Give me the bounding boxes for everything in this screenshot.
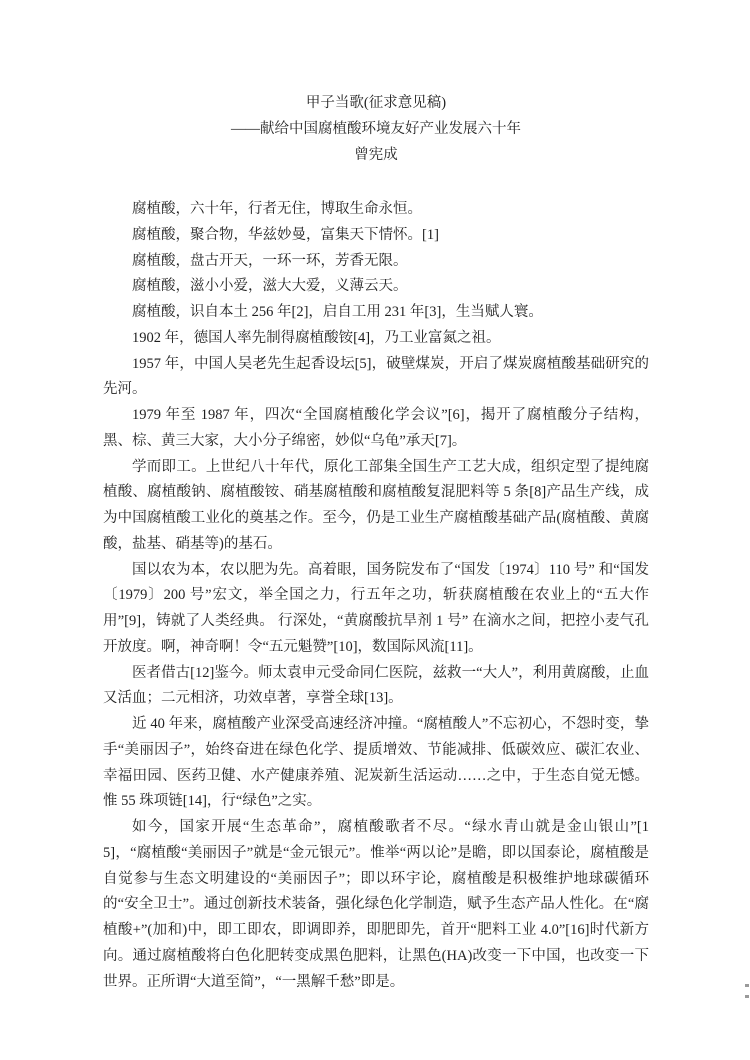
verse-line-1: 腐植酸，六十年，行者无住，博取生命永恒。 [103,197,649,223]
paragraph-40-years: 近 40 年来，腐植酸产业深受高速经济冲撞。“腐植酸人”不忘初心，不怨时变，挚手… [103,712,649,815]
paragraph-1979-1987: 1979 年至 1987 年，四次“全国腐植酸化学会议”[6]，揭开了腐植酸分子… [103,403,649,455]
paragraph-1957: 1957 年，中国人吴老先生起香设坛[5]，破壁煤炭，开启了煤炭腐植酸基础研究的… [103,352,649,404]
paragraph-ecology: 如今，国家开展“生态革命”，腐植酸歌者不尽。“绿水青山就是金山银山”[15]，“… [103,815,649,995]
document-page: 甲子当歌(征求意见稿) ——献给中国腐植酸环境友好产业发展六十年 曾宪成 腐植酸… [0,0,750,1060]
scan-speck [745,995,749,998]
scan-edge-artifact [745,984,749,1000]
verse-line-5: 腐植酸，识自本土 256 年[2]，启自工用 231 年[3]，生当赋人寰。 [103,300,649,326]
verse-line-4: 腐植酸，滋小小爱，滋大大爱，义薄云天。 [103,274,649,300]
scan-speck [745,984,749,987]
document-content: 甲子当歌(征求意见稿) ——献给中国腐植酸环境友好产业发展六十年 曾宪成 腐植酸… [103,90,649,995]
paragraph-agriculture: 国以农为本，农以肥为先。高着眼，国务院发布了“国发〔1974〕110 号” 和“… [103,558,649,661]
paragraph-medicine: 医者借古[12]鉴今。师太袁申元受命同仁医院，兹救一“大人”，利用黄腐酸，止血又… [103,661,649,713]
document-subtitle: ——献给中国腐植酸环境友好产业发展六十年 [103,116,649,142]
verse-line-3: 腐植酸，盘古开天，一环一环，芳香无限。 [103,249,649,275]
document-author: 曾宪成 [103,142,649,168]
document-title: 甲子当歌(征求意见稿) [103,90,649,116]
paragraph-1902: 1902 年，德国人率先制得腐植酸铵[4]，乃工业富氮之祖。 [103,326,649,352]
document-body: 腐植酸，六十年，行者无住，博取生命永恒。 腐植酸，聚合物，华兹妙曼，富集天下情怀… [103,197,649,995]
paragraph-industry: 学而即工。上世纪八十年代，原化工部集全国生产工艺大成，组织定型了提纯腐植酸、腐植… [103,455,649,558]
verse-line-2: 腐植酸，聚合物，华兹妙曼，富集天下情怀。[1] [103,223,649,249]
